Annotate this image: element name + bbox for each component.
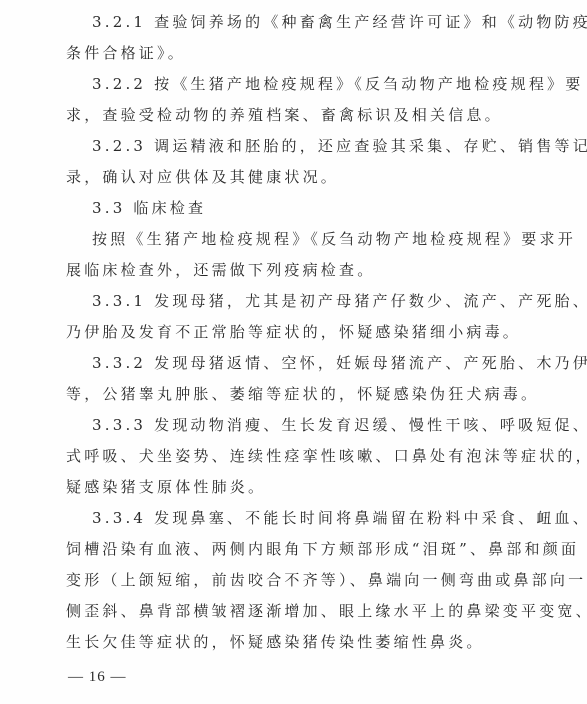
- text-line: 式呼吸、犬坐姿势、连续性痉挛性咳嗽、口鼻处有泡沫等症状的，怀: [66, 445, 525, 467]
- text-line: 求，查验受检动物的养殖档案、畜禽标识及相关信息。: [66, 104, 525, 126]
- text-line: 变形（上颌短缩，前齿咬合不齐等）、鼻端向一侧弯曲或鼻部向一: [66, 569, 525, 591]
- text-line: 饲槽沿染有血液、两侧内眼角下方颊部形成“泪斑”、鼻部和颜面: [66, 538, 525, 560]
- text-line: 3.2.3 调运精液和胚胎的，还应查验其采集、存贮、销售等记: [92, 135, 525, 157]
- text-line: 条件合格证》。: [66, 42, 525, 64]
- text-line: 侧歪斜、鼻背部横皱褶逐渐增加、眼上缘水平上的鼻梁变平变宽、: [66, 600, 525, 622]
- text-line: 3.2.1 查验饲养场的《种畜禽生产经营许可证》和《动物防疫: [92, 11, 525, 33]
- text-line: 乃伊胎及发育不正常胎等症状的，怀疑感染猪细小病毒。: [66, 321, 525, 343]
- text-line: 3.3.1 发现母猪，尤其是初产母猪产仔数少、流产、产死胎、木: [92, 290, 525, 312]
- text-line: 3.2.2 按《生猪产地检疫规程》《反刍动物产地检疫规程》要: [92, 73, 525, 95]
- text-line: 3.3.3 发现动物消瘦、生长发育迟缓、慢性干咳、呼吸短促、腹: [92, 414, 525, 436]
- page-number: — 16 —: [68, 666, 127, 688]
- text-line: 展临床检查外，还需做下列疫病检查。: [66, 259, 525, 281]
- text-line: 生长欠佳等症状的，怀疑感染猪传染性萎缩性鼻炎。: [66, 631, 525, 653]
- text-line: 录，确认对应供体及其健康状况。: [66, 166, 525, 188]
- text-line: 3.3.4 发现鼻塞、不能长时间将鼻端留在粉料中采食、衄血、: [92, 507, 525, 529]
- text-line: 3.3.2 发现母猪返情、空怀，妊娠母猪流产、产死胎、木乃伊: [92, 352, 525, 374]
- document-page: 3.2.1 查验饲养场的《种畜禽生产经营许可证》和《动物防疫 条件合格证》。 3…: [0, 0, 587, 704]
- text-line: 疑感染猪支原体性肺炎。: [66, 476, 525, 498]
- text-line: 按照《生猪产地检疫规程》《反刍动物产地检疫规程》要求开: [92, 228, 525, 250]
- section-heading: 3.3 临床检查: [92, 197, 525, 219]
- text-line: 等，公猪睾丸肿胀、萎缩等症状的，怀疑感染伪狂犬病毒。: [66, 383, 525, 405]
